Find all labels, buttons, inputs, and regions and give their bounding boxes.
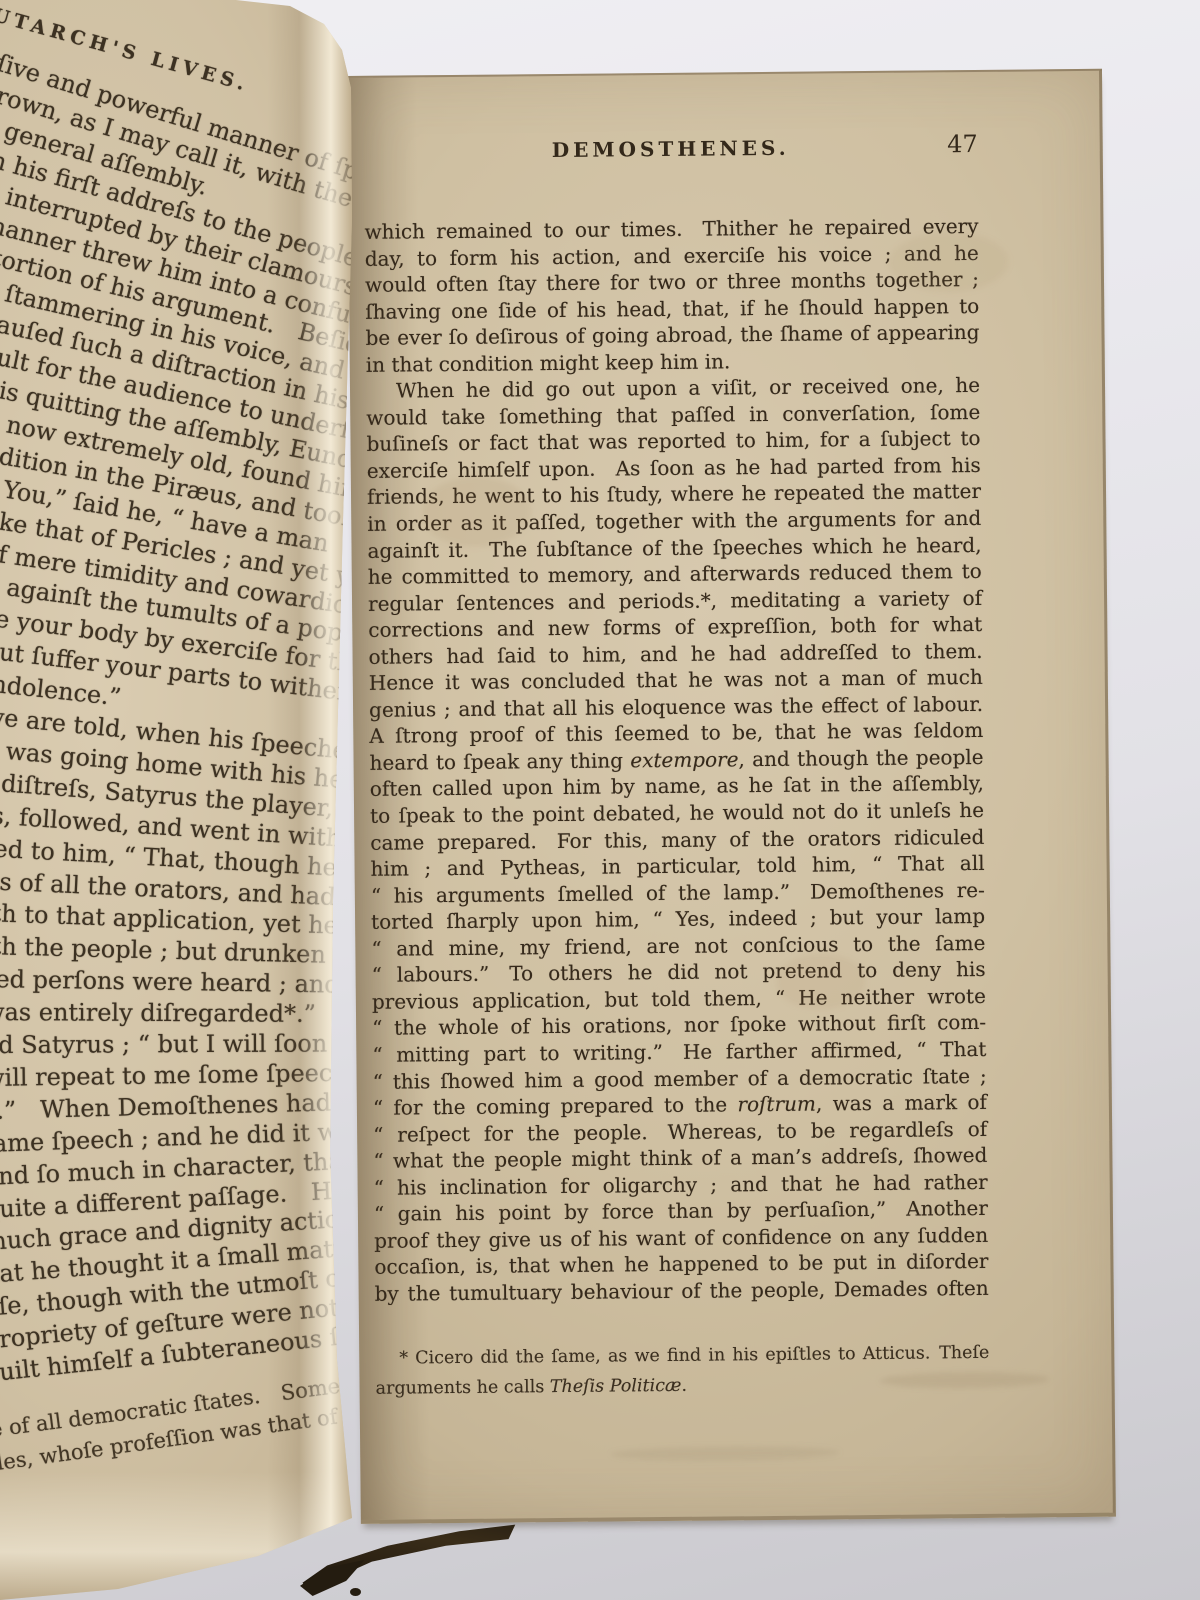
running-header: DEMOSTHENES. — [364, 134, 978, 164]
page-number: 47 — [947, 130, 978, 158]
left-page: UTARCH'S LIVES. aſive and powerful manne… — [0, 0, 352, 1600]
bookmark-ribbon-fray — [350, 1588, 361, 1596]
text-line: arguments he calls Theſis Politicæ. — [375, 1368, 989, 1404]
right-page-body: which remained to our times. Thither he … — [364, 213, 988, 1307]
text-line: * Cicero did the ſame, as we find in his… — [375, 1338, 989, 1374]
show-through-smudge — [610, 1445, 840, 1461]
text-line: was entirely diſregarded*.” — [0, 998, 316, 1028]
right-page: DEMOSTHENES. 47 which remained to our ti… — [347, 69, 1116, 1524]
text-line: by the tumultuary behaviour of the peopl… — [375, 1275, 989, 1307]
right-page-footnote: * Cicero did the ſame, as we find in his… — [375, 1338, 990, 1404]
text-line: ed Satyrus ; “ but I will ſoon pro — [0, 1029, 352, 1059]
book-photo: DEMOSTHENES. 47 which remained to our ti… — [0, 0, 1200, 1600]
text-line: red perſons were heard ; and kept — [0, 965, 352, 1000]
text-line: will repeat to me ſome ſpeech in E — [0, 1058, 352, 1092]
